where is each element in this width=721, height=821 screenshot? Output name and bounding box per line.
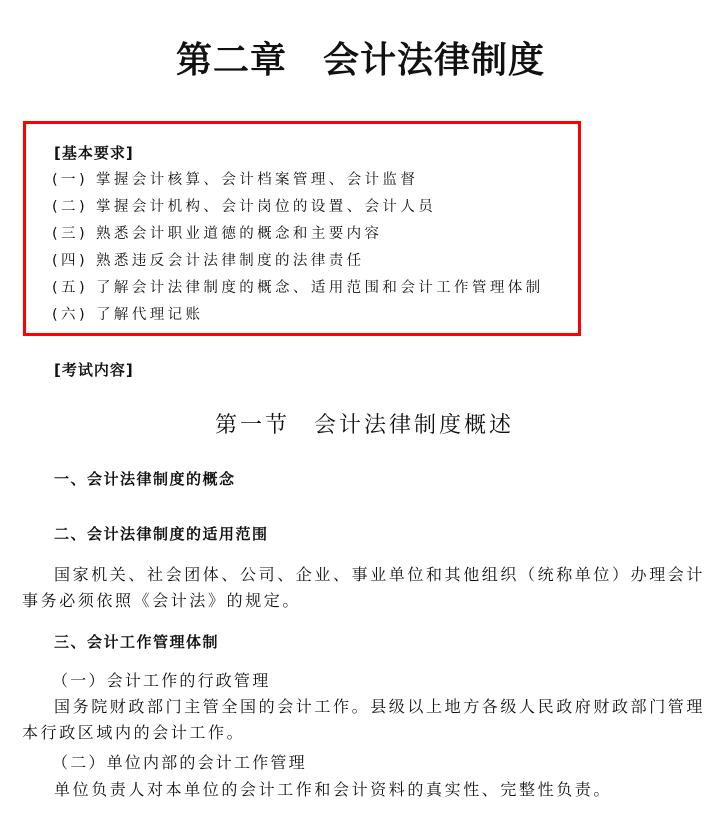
requirement-item: (二) 掌握会计机构、会计岗位的设置、会计人员 (52, 195, 436, 216)
section-number: 第一节 (215, 413, 290, 438)
requirement-item: (四) 熟悉违反会计法律制度的法律责任 (52, 249, 365, 270)
requirement-text: 掌握会计机构、会计岗位的设置、会计人员 (96, 199, 436, 215)
chapter-title: 第二章会计法律制度 (0, 32, 721, 83)
requirement-label: (六) (52, 307, 88, 323)
subsection-heading-management: 三、会计工作管理体制 (54, 631, 219, 652)
requirement-item: (三) 熟悉会计职业道德的概念和主要内容 (52, 222, 382, 243)
requirement-item: (五) 了解会计法律制度的概念、适用范围和会计工作管理体制 (52, 276, 544, 297)
basic-requirements-heading: [基本要求] (54, 142, 134, 163)
requirement-text: 了解代理记账 (96, 307, 203, 323)
requirement-label: (二) (52, 199, 88, 215)
subsection-heading-concept: 一、会计法律制度的概念 (54, 468, 236, 489)
subsection-heading-scope: 二、会计法律制度的适用范围 (54, 523, 269, 544)
chapter-number: 第二章 (176, 39, 287, 81)
exam-content-heading: [考试内容] (54, 359, 134, 380)
requirement-item: (六) 了解代理记账 (52, 303, 203, 324)
requirement-text: 了解会计法律制度的概念、适用范围和会计工作管理体制 (96, 280, 544, 296)
requirement-label: (一) (52, 172, 88, 188)
chapter-name: 会计法律制度 (323, 39, 545, 81)
requirement-text: 熟悉会计职业道德的概念和主要内容 (96, 226, 382, 242)
section-name: 会计法律制度概述 (314, 413, 514, 438)
requirement-label: (四) (52, 253, 88, 269)
requirement-text: 掌握会计核算、会计档案管理、会计监督 (96, 172, 418, 188)
requirement-label: (五) (52, 280, 88, 296)
section-title: 第一节会计法律制度概述 (0, 408, 721, 439)
part-label-internal: （二）单位内部的会计工作管理 (52, 750, 307, 776)
part-label-administrative: （一）会计工作的行政管理 (52, 668, 270, 694)
requirement-label: (三) (52, 226, 88, 242)
scope-paragraph: 国家机关、社会团体、公司、企业、事业单位和其他组织（统称单位）办理会计事务必须依… (22, 562, 712, 614)
requirement-item: (一) 掌握会计核算、会计档案管理、会计监督 (52, 168, 418, 189)
requirement-text: 熟悉违反会计法律制度的法律责任 (96, 253, 365, 269)
internal-paragraph: 单位负责人对本单位的会计工作和会计资料的真实性、完整性负责。 (22, 777, 712, 803)
administrative-paragraph: 国务院财政部门主管全国的会计工作。县级以上地方各级人民政府财政部门管理本行政区域… (22, 694, 712, 746)
